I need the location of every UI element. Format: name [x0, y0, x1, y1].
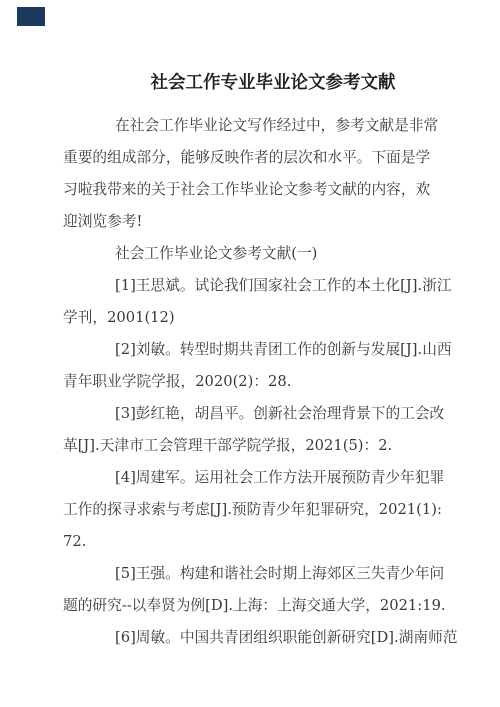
- page-title: 社会工作专业毕业论文参考文献: [0, 69, 500, 98]
- intro-line: 重要的组成部分，能够反映作者的层次和水平。下面是学: [63, 142, 463, 174]
- reference-line: [2]刘敏。转型时期共青团工作的创新与发展[J].山西: [63, 334, 463, 366]
- reference-line: 学刊，2001(12): [63, 302, 463, 334]
- reference-line: [5]王强。构建和谐社会时期上海郊区三失青少年问: [63, 558, 463, 590]
- reference-line: 题的研究--以奉贤为例[D].上海：上海交通大学，2021:19.: [63, 590, 463, 622]
- intro-line: 迎浏览参考!: [63, 206, 463, 238]
- reference-line: 青年职业学院学报，2020(2)：28.: [63, 366, 463, 398]
- intro-line: 习啦我带来的关于社会工作毕业论文参考文献的内容，欢: [63, 174, 463, 206]
- reference-line: [4]周建军。运用社会工作方法开展预防青少年犯罪: [63, 462, 463, 494]
- reference-line: [3]彭红艳，胡昌平。创新社会治理背景下的工会改: [63, 398, 463, 430]
- reference-line: [6]周敏。中国共青团组织职能创新研究[D].湖南师范: [63, 622, 463, 654]
- reference-line: [1]王思斌。试论我们国家社会工作的本土化[J].浙江: [63, 270, 463, 302]
- intro-line: 在社会工作毕业论文写作经过中，参考文献是非常: [63, 110, 463, 142]
- reference-line: 72.: [63, 526, 463, 558]
- reference-line: 工作的探寻求索与考虑[J].预防青少年犯罪研究，2021(1):: [63, 494, 463, 526]
- section-heading: 社会工作毕业论文参考文献(一): [63, 238, 463, 270]
- document-body: 在社会工作毕业论文写作经过中，参考文献是非常 重要的组成部分，能够反映作者的层次…: [63, 110, 463, 654]
- reference-line: 革[J].天津市工会管理干部学院学报，2021(5)：2.: [63, 430, 463, 462]
- corner-accent-block: [17, 7, 45, 26]
- document-page: 社会工作专业毕业论文参考文献 在社会工作毕业论文写作经过中，参考文献是非常 重要…: [0, 0, 500, 707]
